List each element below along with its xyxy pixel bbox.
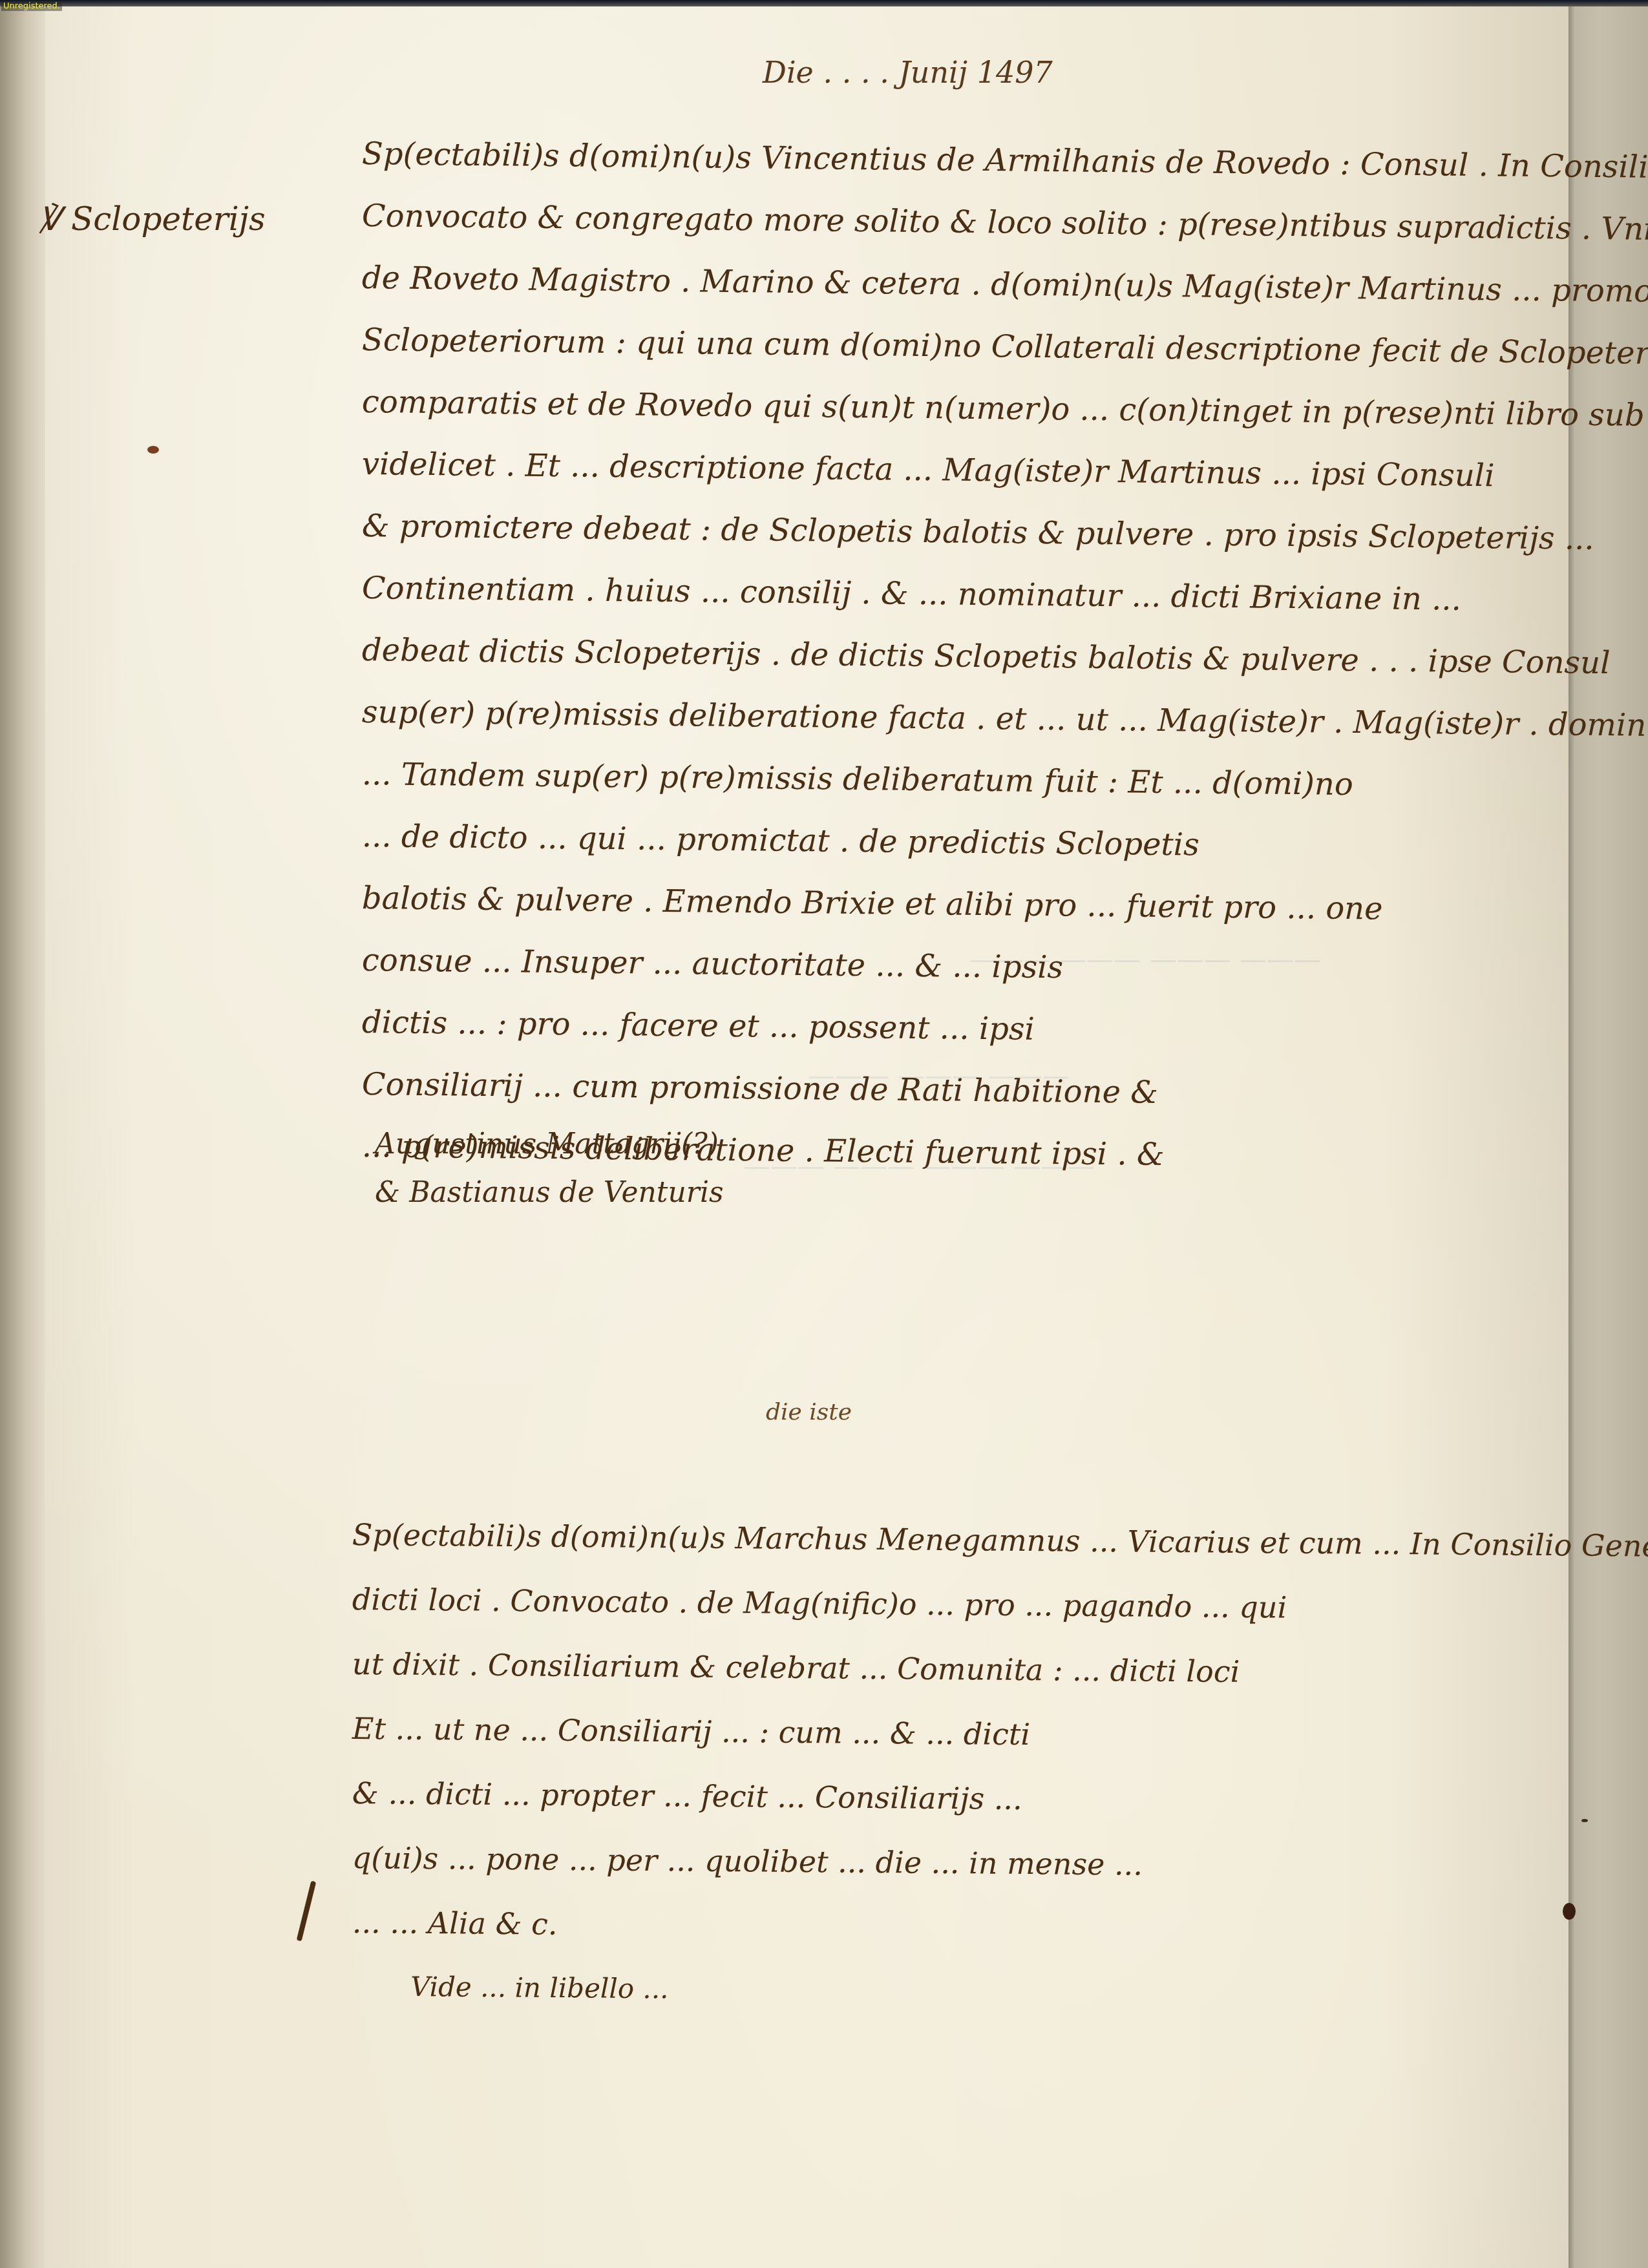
signatory-name: Augustinus Mattagrij(?): [375, 1128, 719, 1160]
margin-note: ℣ Sclopeterijs: [39, 200, 266, 238]
paragraph-1: Sp(ectabili)s d(omi)n(u)s Vincentius de …: [362, 123, 1577, 1177]
text-line: & ... dicti ... propter ... fecit ... Co…: [352, 1761, 1568, 1836]
text-line: dicti loci . Convocato . de Mag(nific)o …: [352, 1567, 1568, 1642]
text-line: ut dixit . Consiliarium & celebrat ... C…: [352, 1632, 1568, 1706]
unregistered-watermark: Unregistered.: [1, 1, 62, 11]
page-left-fold: [0, 6, 45, 2268]
text-line: q(ui)s ... pone ... per ... quolibet ...…: [352, 1825, 1568, 1900]
text-line: Et ... ut ne ... Consiliarij ... : cum .…: [352, 1696, 1568, 1771]
debris-speck: [1563, 1903, 1576, 1920]
debris-speck: [1581, 1819, 1588, 1822]
paragraph-2: Sp(ectabili)s d(omi)n(u)s Marchus Menega…: [352, 1502, 1567, 2019]
debris-speck: [147, 446, 159, 454]
text-line: Sp(ectabili)s d(omi)n(u)s Marchus Menega…: [352, 1502, 1568, 1577]
signatory-name: & Bastianus de Venturis: [375, 1176, 724, 1209]
text-line: ... ... Alia & c.: [352, 1890, 1568, 1965]
section-divider: die iste: [766, 1399, 852, 1425]
header-date: Die . . . . Junij 1497: [763, 55, 1053, 90]
text-line: Vide ... in libello ...: [410, 1955, 1568, 2030]
